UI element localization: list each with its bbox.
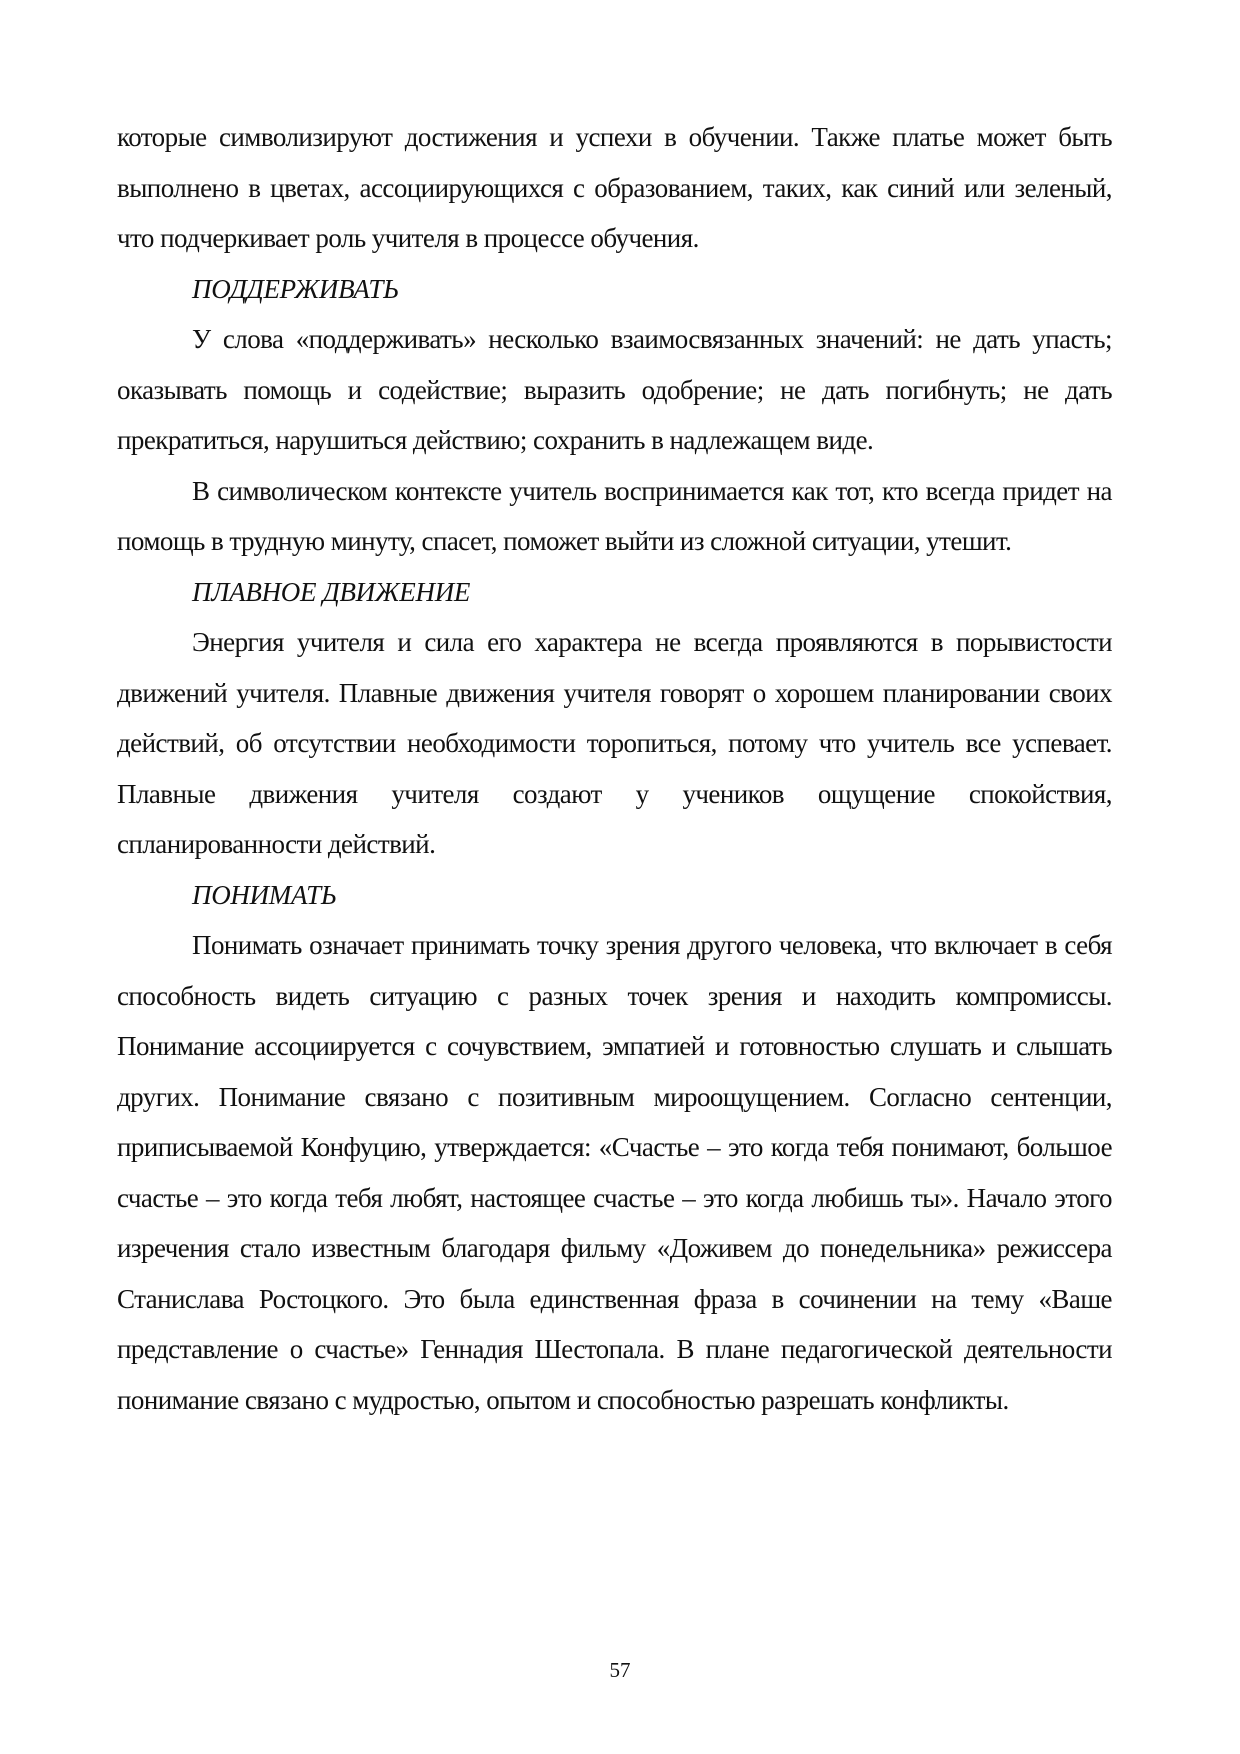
paragraph-smooth-movement: Энергия учителя и сила его характера не …	[117, 617, 1112, 870]
paragraph-continuation: которые символизируют достижения и успех…	[117, 112, 1112, 264]
page-number: 57	[0, 1658, 1240, 1683]
section-heading-support: ПОДДЕРЖИВАТЬ	[117, 264, 1112, 315]
document-page: которые символизируют достижения и успех…	[117, 112, 1112, 1425]
section-heading-smooth-movement: ПЛАВНОЕ ДВИЖЕНИЕ	[117, 567, 1112, 618]
paragraph-support-meaning: У слова «поддерживать» несколько взаимос…	[117, 314, 1112, 466]
paragraph-understand: Понимать означает принимать точку зрения…	[117, 920, 1112, 1425]
section-heading-understand: ПОНИМАТЬ	[117, 870, 1112, 921]
paragraph-support-symbolic: В символическом контексте учитель воспри…	[117, 466, 1112, 567]
